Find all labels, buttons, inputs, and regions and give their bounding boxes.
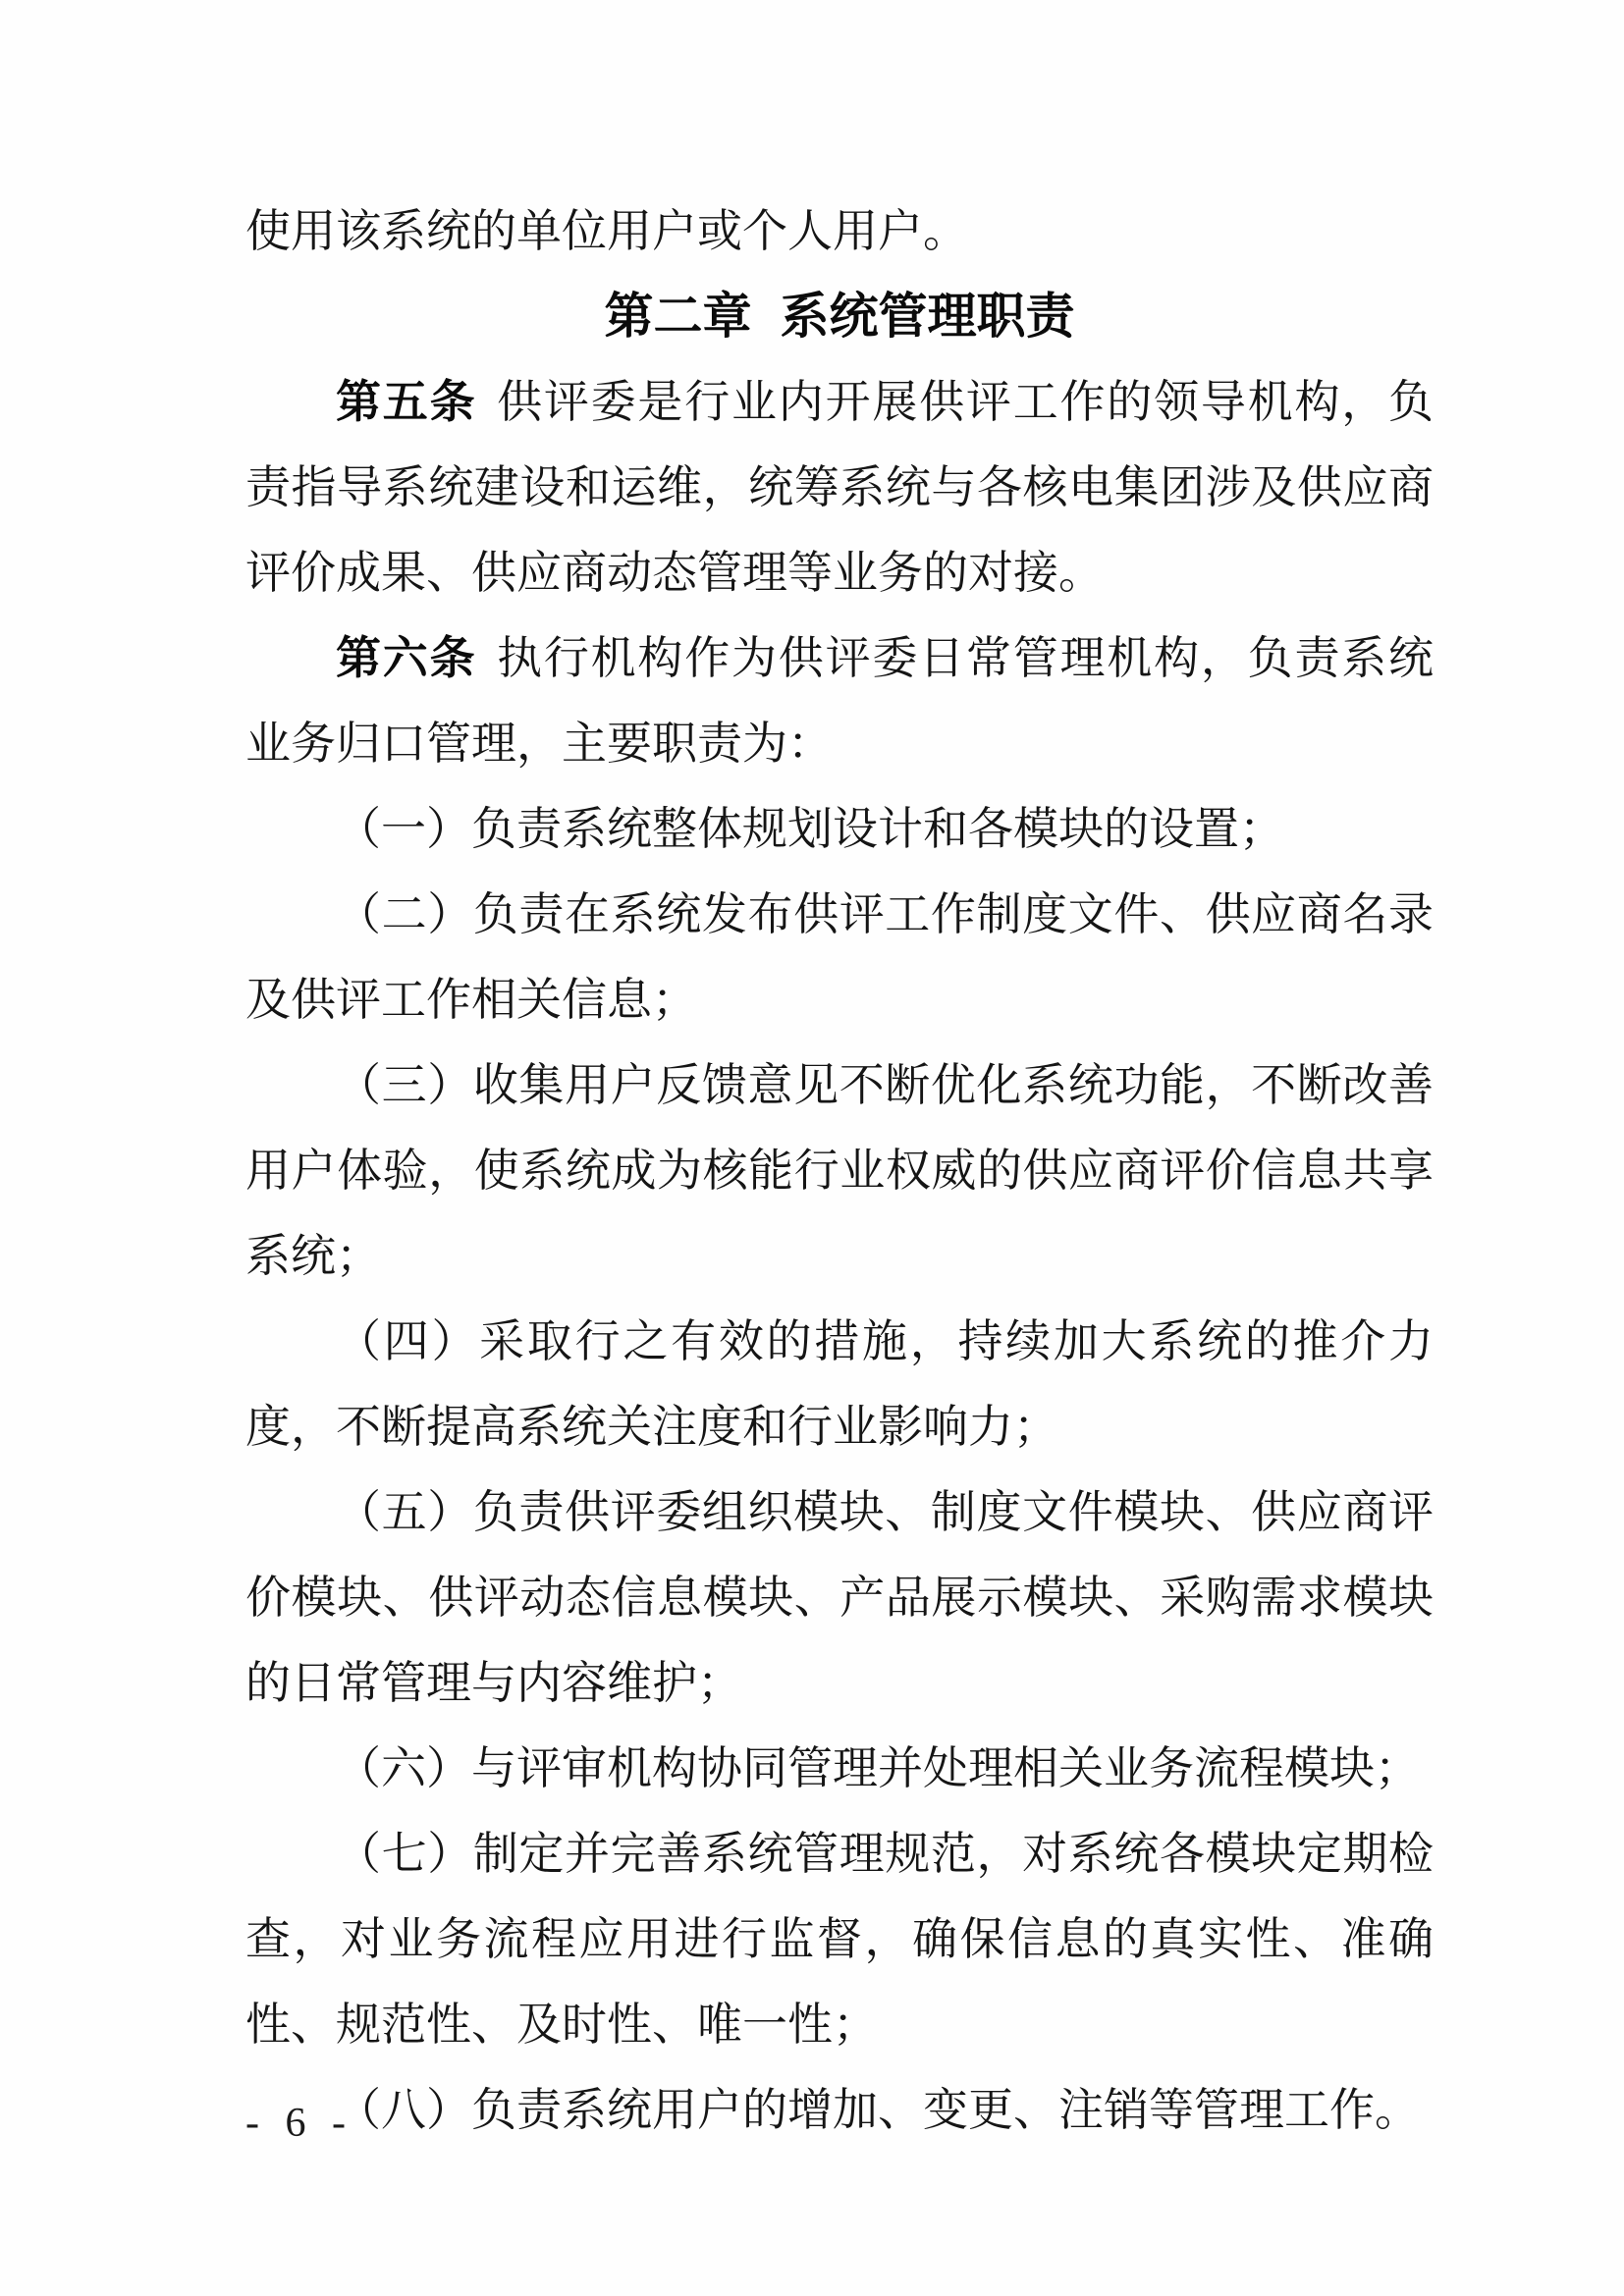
page-number: - 6 - (245, 2099, 353, 2148)
article-5-number: 第五条 (336, 376, 476, 427)
duty-item-5: （五）负责供评委组织模块、制度文件模块、供应商评价模块、供评动态信息模块、产品展… (245, 1469, 1434, 1726)
continuation-paragraph: 使用该系统的单位用户或个人用户。 (245, 188, 1434, 274)
page-content: 使用该系统的单位用户或个人用户。 第二章 系统管理职责 第五条供评委是行业内开展… (245, 188, 1434, 2153)
duty-item-4: （四）采取行之有效的措施，持续加大系统的推介力度，不断提高系统关注度和行业影响力… (245, 1299, 1434, 1469)
article-5-paragraph: 第五条供评委是行业内开展供评工作的领导机构，负责指导系统建设和运维，统筹系统与各… (245, 359, 1434, 615)
document-page: 使用该系统的单位用户或个人用户。 第二章 系统管理职责 第五条供评委是行业内开展… (0, 0, 1624, 2296)
article-6-number: 第六条 (336, 632, 476, 683)
article-6-paragraph: 第六条执行机构作为供评委日常管理机构，负责系统业务归口管理，主要职责为： (245, 615, 1434, 786)
duty-item-3: （三）收集用户反馈意见不断优化系统功能，不断改善用户体验，使系统成为核能行业权威… (245, 1042, 1434, 1299)
duty-item-6: （六）与评审机构协同管理并处理相关业务流程模块； (245, 1726, 1434, 1811)
duty-item-2: （二）负责在系统发布供评工作制度文件、供应商名录及供评工作相关信息； (245, 872, 1434, 1042)
duty-item-8: （八）负责系统用户的增加、变更、注销等管理工作。 (245, 2067, 1434, 2153)
duty-item-7: （七）制定并完善系统管理规范，对系统各模块定期检查，对业务流程应用进行监督，确保… (245, 1811, 1434, 2067)
chapter-heading: 第二章 系统管理职责 (245, 274, 1434, 359)
duty-item-1: （一）负责系统整体规划设计和各模块的设置； (245, 786, 1434, 872)
